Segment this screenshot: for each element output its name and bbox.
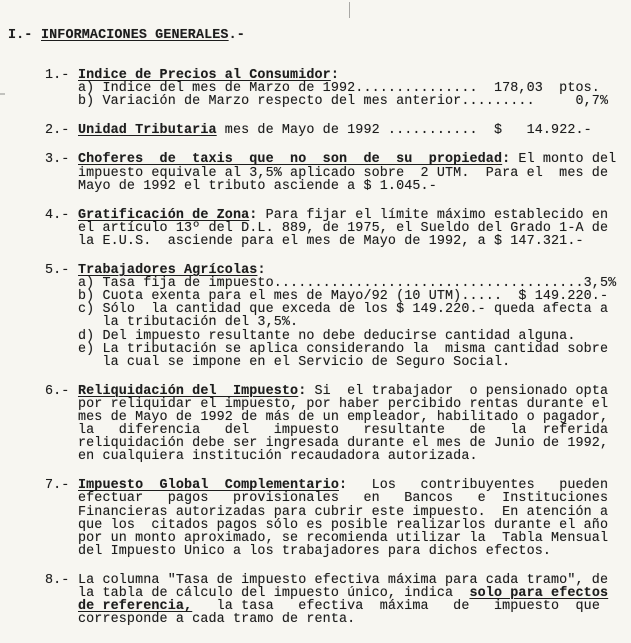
document-item: 5.-Trabajadores Agrícolas:a) Tasa fija d… — [45, 264, 631, 369]
text-segment: la E.U.S. asciende para el mes de Mayo d… — [78, 234, 584, 249]
text-line: la E.U.S. asciende para el mes de Mayo d… — [78, 235, 608, 248]
text-segment: la cual se impone en el Servicio de Segu… — [78, 355, 510, 370]
document-item: 6.-Reliquidación del Impuesto: Si el tra… — [45, 385, 631, 464]
item-body: Impuesto Global Complementario: Los cont… — [78, 479, 608, 558]
text-line: Unidad Tributaria mes de Mayo de 1992 ..… — [78, 124, 592, 137]
item-body: Indice de Precios al Consumidor:a) Indic… — [78, 69, 608, 108]
item-number: 2.- — [45, 124, 78, 137]
item-number: 8.- — [45, 574, 78, 626]
scanned-document-page: I.- INFORMACIONES GENERALES.- 1.-Indice … — [0, 0, 631, 643]
document-item: 8.-La columna "Tasa de impuesto efectiva… — [45, 574, 631, 626]
text-segment: b) Variación de Marzo respecto del mes a… — [78, 94, 608, 109]
scan-artifact-edge-mark — [0, 93, 5, 95]
text-line: del Impuesto Unico a los trabajadores pa… — [78, 545, 608, 558]
text-segment: .- — [229, 28, 245, 43]
text-line: la cual se impone en el Servicio de Segu… — [78, 356, 616, 369]
item-number: 1.- — [45, 69, 78, 108]
document-item: 4.-Gratificación de Zona: Para fijar el … — [45, 209, 631, 248]
document-item: 2.-Unidad Tributaria mes de Mayo de 1992… — [45, 124, 631, 137]
text-segment: del Impuesto Unico a los trabajadores pa… — [78, 544, 551, 559]
document-item: 1.-Indice de Precios al Consumidor:a) In… — [45, 69, 631, 108]
text-segment: corresponde a cada tramo de renta. — [78, 612, 355, 627]
text-segment: Mayo de 1992 el tributo asciende a $ 1.0… — [78, 179, 437, 194]
text-segment: mes de Mayo de 1992 ........... $ 14.922… — [217, 123, 592, 138]
section-heading: I.- INFORMACIONES GENERALES.- — [8, 29, 631, 42]
item-number: 5.- — [45, 264, 78, 369]
item-body: Choferes de taxis que no son de su propi… — [78, 153, 616, 192]
item-body: La columna "Tasa de impuesto efectiva má… — [78, 574, 608, 626]
items-container: 1.-Indice de Precios al Consumidor:a) In… — [8, 69, 631, 626]
item-body: Unidad Tributaria mes de Mayo de 1992 ..… — [78, 124, 592, 137]
item-body: Reliquidación del Impuesto: Si el trabaj… — [78, 385, 608, 464]
text-line: b) Variación de Marzo respecto del mes a… — [78, 95, 608, 108]
text-line: Mayo de 1992 el tributo asciende a $ 1.0… — [78, 180, 616, 193]
document-item: 3.-Choferes de taxis que no son de su pr… — [45, 153, 631, 192]
item-number: 3.- — [45, 153, 78, 192]
item-number: 6.- — [45, 385, 78, 464]
text-segment: Unidad Tributaria — [78, 123, 217, 138]
item-number: 4.- — [45, 209, 78, 248]
section-number: I.- — [8, 29, 41, 42]
item-body: Trabajadores Agrícolas:a) Tasa fija de i… — [78, 264, 616, 369]
document-item: 7.-Impuesto Global Complementario: Los c… — [45, 479, 631, 558]
item-body: Gratificación de Zona: Para fijar el lím… — [78, 209, 608, 248]
item-number: 7.- — [45, 479, 78, 558]
text-line: en cualquiera institución recaudadora au… — [78, 450, 608, 463]
text-segment: INFORMACIONES GENERALES — [41, 28, 229, 43]
text-segment: en cualquiera institución recaudadora au… — [78, 449, 478, 464]
section-title: INFORMACIONES GENERALES.- — [41, 29, 245, 42]
scan-artifact-vertical-line — [349, 2, 350, 18]
text-line: corresponde a cada tramo de renta. — [78, 613, 608, 626]
